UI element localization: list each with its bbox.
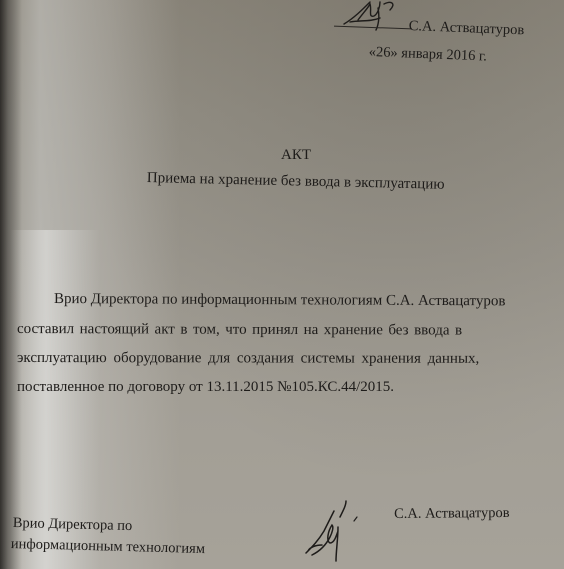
document-heading: АКТ [281,148,311,163]
body-line-4: поставленное по договору от 13.11.2015 №… [17,380,394,395]
signer-position-line-1: Врио Директора по [13,516,133,534]
document-page [0,0,564,569]
signer-name: С.А. Аствацатуров [394,506,510,522]
signer-signature [302,497,362,567]
body-line-3: эксплуатацию оборудование для создания с… [17,351,479,367]
body-line-1: Врио Директора по информационным техноло… [54,292,506,309]
body-line-2: составил настоящий акт в том, что принял… [17,322,462,339]
